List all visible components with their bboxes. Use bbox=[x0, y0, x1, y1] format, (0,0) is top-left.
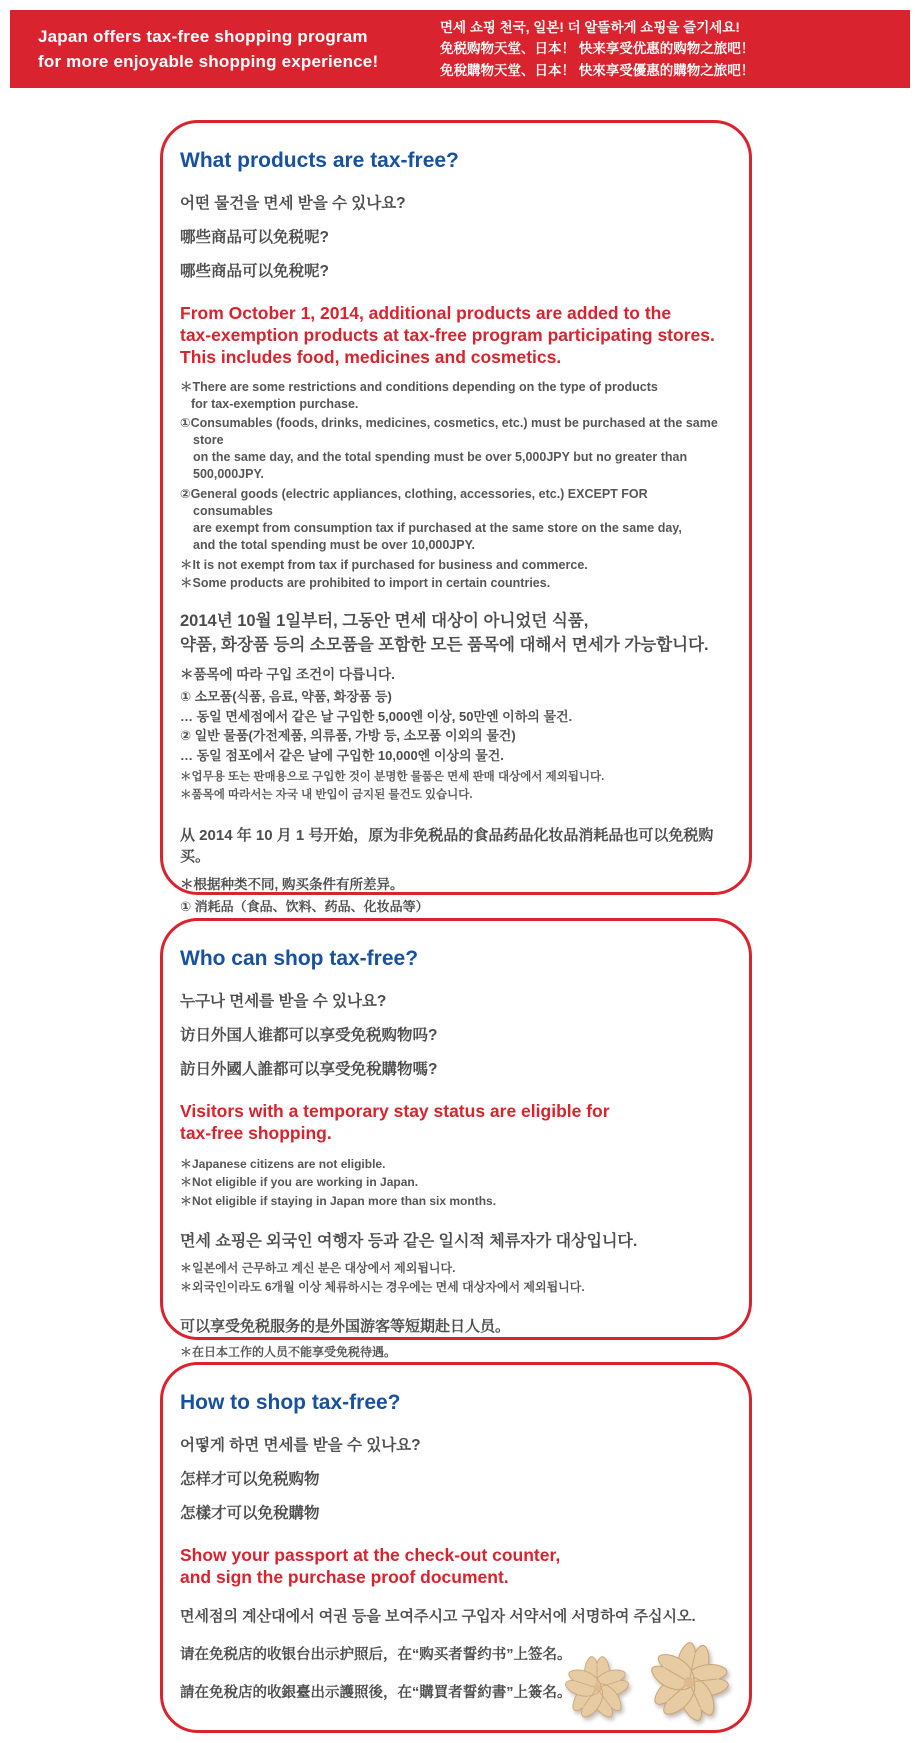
section2-question-tc: 訪日外國人誰都可以享受免稅購物嗎? bbox=[180, 1057, 729, 1079]
section1-kr-footnotes: ＊업무용 또는 판매용으로 구입한 것이 분명한 물품은 면세 판매 대상에서 … bbox=[180, 769, 729, 805]
section1-question-kr: 어떤 물건을 면세 받을 수 있나요? bbox=[180, 191, 729, 213]
section-what-products: What products are tax-free? 어떤 물건을 면세 받을… bbox=[160, 120, 752, 895]
section2-question-sc: 访日外国人谁都可以享受免税购物吗? bbox=[180, 1023, 729, 1045]
section1-red-statement: From October 1, 2014, additional product… bbox=[180, 303, 729, 369]
section-who-can-shop: Who can shop tax-free? 누구나 면세를 받을 수 있나요?… bbox=[160, 918, 752, 1340]
section1-sc-heading: 从 2014 年 10 月 1 号开始，原为非免税品的食品药品化妆品消耗品也可以… bbox=[180, 825, 729, 867]
section3-question-sc: 怎样才可以免税购物 bbox=[180, 1467, 729, 1489]
section1-en-footnotes: ＊It is not exempt from tax if purchased … bbox=[180, 557, 729, 592]
header-banner: Japan offers tax-free shopping program f… bbox=[10, 10, 910, 88]
section2-question-kr: 누구나 면세를 받을 수 있나요? bbox=[180, 989, 729, 1011]
sakura-flower-icon-large bbox=[637, 1630, 741, 1734]
section2-sc-heading: 可以享受免税服务的是外国游客等短期赴日人员。 bbox=[180, 1316, 729, 1337]
section1-question-sc: 哪些商品可以免税呢? bbox=[180, 225, 729, 247]
section2-kr-heading: 면세 쇼핑은 외국인 여행자 등과 같은 일시적 체류자가 대상입니다. bbox=[180, 1231, 729, 1254]
section2-en-footnotes: ＊Japanese citizens are not eligible. ＊No… bbox=[180, 1155, 729, 1211]
section1-kr-items: ① 소모품(식품, 음료, 약품, 화장품 등) … 동일 면세점에서 같은 날… bbox=[180, 687, 729, 765]
section1-en-item-2: ②General goods (electric appliances, clo… bbox=[180, 486, 729, 554]
section2-title: Who can shop tax-free? bbox=[180, 947, 729, 971]
sakura-flower-icon-small bbox=[555, 1646, 639, 1730]
section2-red-statement: Visitors with a temporary stay status ar… bbox=[180, 1101, 729, 1145]
section1-question-tc: 哪些商品可以免稅呢? bbox=[180, 259, 729, 281]
banner-subtitle-multilingual: 면세 쇼핑 천국, 일본! 더 알뜰하게 쇼핑을 즐기세요! 免税购物天堂、日本… bbox=[440, 17, 880, 82]
section3-kr-line: 면세점의 계산대에서 여권 등을 보여주시고 구입자 서약서에 서명하여 주십시… bbox=[180, 1605, 729, 1626]
section3-question-tc: 怎樣才可以免稅購物 bbox=[180, 1501, 729, 1523]
section1-title: What products are tax-free? bbox=[180, 149, 729, 173]
section3-question-kr: 어떻게 하면 면세를 받을 수 있나요? bbox=[180, 1433, 729, 1455]
section1-en-note: ＊There are some restrictions and conditi… bbox=[180, 379, 729, 413]
section3-red-statement: Show your passport at the check-out coun… bbox=[180, 1545, 729, 1589]
section3-title: How to shop tax-free? bbox=[180, 1391, 729, 1415]
section-how-to-shop: How to shop tax-free? 어떻게 하면 면세를 받을 수 있나… bbox=[160, 1362, 752, 1733]
banner-title-en: Japan offers tax-free shopping program f… bbox=[38, 24, 378, 75]
section1-sc-note: ＊根据种类不同, 购买条件有所差异。 bbox=[180, 873, 729, 893]
section1-en-item-1: ①Consumables (foods, drinks, medicines, … bbox=[180, 415, 729, 483]
section2-kr-footnotes: ＊일본에서 근무하고 계신 분은 대상에서 제외됩니다. ＊외국인이라도 6개월… bbox=[180, 1259, 729, 1296]
section1-kr-heading: 2014년 10월 1일부터, 그동안 면세 대상이 아니었던 식품, 약품, … bbox=[180, 610, 729, 657]
section1-kr-note: ＊품목에 따라 구입 조건이 다릅니다. bbox=[180, 663, 729, 683]
